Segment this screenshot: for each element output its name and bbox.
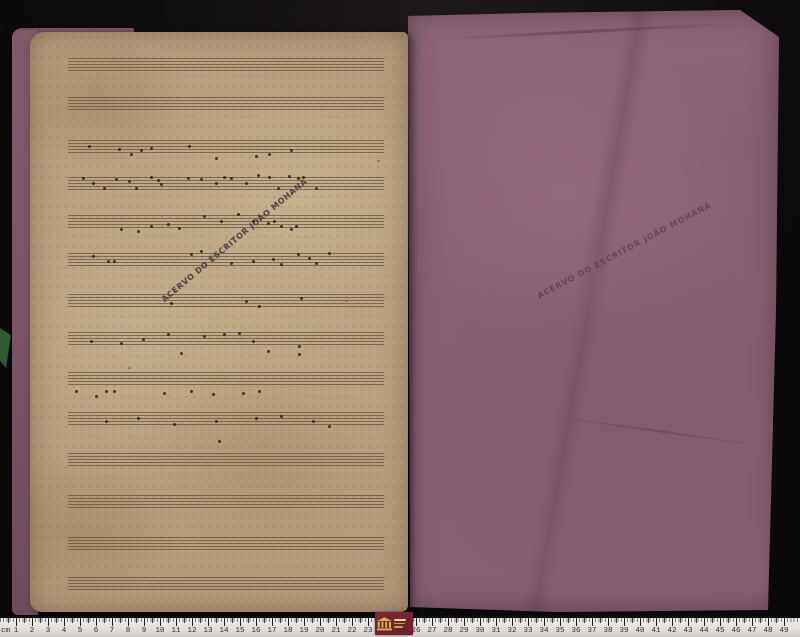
ruler-cm-tick — [128, 618, 129, 626]
ruler-cm-tick — [208, 618, 209, 626]
ruler-cm-tick — [704, 618, 705, 626]
ruler-number: 33 — [520, 627, 536, 635]
logo-text-lines — [394, 619, 411, 628]
ruler-cm-tick — [768, 618, 769, 626]
ruler-number: 11 — [168, 627, 184, 635]
ruler-cm-tick — [160, 618, 161, 626]
ruler-half-tick — [232, 618, 233, 623]
ruler-number: 39 — [616, 627, 632, 635]
ruler-number: 37 — [584, 627, 600, 635]
ruler-half-tick — [712, 618, 713, 623]
ruler-number: 41 — [648, 627, 664, 635]
ruler-half-tick — [680, 618, 681, 623]
ruler-number: 22 — [344, 627, 360, 635]
ruler-number: 18 — [280, 627, 296, 635]
ruler-cm-tick — [320, 618, 321, 626]
music-manuscript-page — [30, 32, 408, 612]
ruler-number: 34 — [536, 627, 552, 635]
ruler-number: 13 — [200, 627, 216, 635]
ruler-half-tick — [104, 618, 105, 623]
ruler-half-tick — [56, 618, 57, 623]
ruler-cm-tick — [736, 618, 737, 626]
ruler-cm-tick — [448, 618, 449, 626]
ruler-cm-tick — [240, 618, 241, 626]
ruler-cm-tick — [64, 618, 65, 626]
ruler-number: 6 — [88, 627, 104, 635]
cover-crease — [437, 22, 737, 41]
ruler-number: 49 — [776, 627, 792, 635]
ruler-cm-tick — [416, 618, 417, 626]
ruler-half-tick — [120, 618, 121, 623]
ruler-half-tick — [184, 618, 185, 623]
ruler-number: 31 — [488, 627, 504, 635]
ruler-cm-tick — [80, 618, 81, 626]
ruler-half-tick — [536, 618, 537, 623]
ruler-cm-tick — [560, 618, 561, 626]
ruler-half-tick — [88, 618, 89, 623]
ruler-number: 40 — [632, 627, 648, 635]
ruler-half-tick — [24, 618, 25, 623]
ruler-half-tick — [424, 618, 425, 623]
ruler-cm-tick — [256, 618, 257, 626]
ruler-half-tick — [8, 618, 9, 623]
ruler-half-tick — [552, 618, 553, 623]
ruler-half-tick — [504, 618, 505, 623]
ruler-number: 30 — [472, 627, 488, 635]
ruler-half-tick — [152, 618, 153, 623]
ruler-cm-tick — [96, 618, 97, 626]
ruler-number: 44 — [696, 627, 712, 635]
ruler-half-tick — [664, 618, 665, 623]
ruler-number: 36 — [568, 627, 584, 635]
ruler-cm-tick — [720, 618, 721, 626]
ruler-half-tick — [488, 618, 489, 623]
ruler-half-tick — [168, 618, 169, 623]
ruler-half-tick — [200, 618, 201, 623]
ruler-half-tick — [216, 618, 217, 623]
ruler-number: 46 — [728, 627, 744, 635]
ruler-half-tick — [600, 618, 601, 623]
digitized-document-photo: ACERVO DO ESCRITOR JOÃO MOHANA ACERVO DO… — [0, 0, 800, 637]
ruler-number: 43 — [680, 627, 696, 635]
ruler-half-tick — [456, 618, 457, 623]
ruler-cm-tick — [336, 618, 337, 626]
ruler-cm-tick — [464, 618, 465, 626]
ruler-half-tick — [248, 618, 249, 623]
ruler-number: 38 — [600, 627, 616, 635]
ruler-cm-tick — [544, 618, 545, 626]
ruler-half-tick — [744, 618, 745, 623]
ruler-cm-tick — [432, 618, 433, 626]
ruler-half-tick — [344, 618, 345, 623]
ruler-cm-tick — [640, 618, 641, 626]
ruler-cm-tick — [304, 618, 305, 626]
ruler-cm-tick — [16, 618, 17, 626]
ruler-cm-tick — [288, 618, 289, 626]
ruler-cm-tick — [352, 618, 353, 626]
ruler-number: 28 — [440, 627, 456, 635]
ruler-cm-tick — [576, 618, 577, 626]
green-cloth-sliver — [0, 328, 11, 368]
ruler-number: 17 — [264, 627, 280, 635]
ruler-number: 10 — [152, 627, 168, 635]
ruler-half-tick — [328, 618, 329, 623]
ruler-half-tick — [632, 618, 633, 623]
ruler-cm-tick — [608, 618, 609, 626]
ruler-number: 4 — [56, 627, 72, 635]
ruler-number: 45 — [712, 627, 728, 635]
ruler-number: 35 — [552, 627, 568, 635]
ruler-half-tick — [264, 618, 265, 623]
cover-crease — [558, 416, 756, 446]
ruler-cm-tick — [624, 618, 625, 626]
ruler-cm-tick — [192, 618, 193, 626]
ruler-half-tick — [136, 618, 137, 623]
ruler-cm-tick — [480, 618, 481, 626]
ruler-half-tick — [72, 618, 73, 623]
ruler-number: 27 — [424, 627, 440, 635]
ruler-half-tick — [520, 618, 521, 623]
ruler-number: 2 — [24, 627, 40, 635]
ruler-cm-tick — [112, 618, 113, 626]
ruler-cm-tick — [272, 618, 273, 626]
archive-building-logo — [375, 612, 413, 635]
ruler-half-tick — [584, 618, 585, 623]
ruler-number: 23 — [360, 627, 376, 635]
ruler-number: 7 — [104, 627, 120, 635]
ruler-number: 16 — [248, 627, 264, 635]
ruler-cm-tick — [672, 618, 673, 626]
ruler-half-tick — [648, 618, 649, 623]
ruler-cm-tick — [688, 618, 689, 626]
ruler-number: 15 — [232, 627, 248, 635]
ruler-number: 48 — [760, 627, 776, 635]
ruler-half-tick — [472, 618, 473, 623]
ruler-half-tick — [696, 618, 697, 623]
ruler-number: 42 — [664, 627, 680, 635]
ruler-cm-tick — [784, 618, 785, 626]
ruler-half-tick — [360, 618, 361, 623]
ruler-cm-tick — [176, 618, 177, 626]
ruler-cm-tick — [528, 618, 529, 626]
ruler-number: 3 — [40, 627, 56, 635]
ruler-number: 8 — [120, 627, 136, 635]
ruler-half-tick — [40, 618, 41, 623]
building-icon — [377, 617, 392, 631]
ruler-half-tick — [440, 618, 441, 623]
ruler-number: 29 — [456, 627, 472, 635]
ruler-half-tick — [280, 618, 281, 623]
ruler-half-tick — [568, 618, 569, 623]
ruler-number: 14 — [216, 627, 232, 635]
ruler-number: 19 — [296, 627, 312, 635]
ruler-cm-tick — [48, 618, 49, 626]
ruler-cm-tick — [496, 618, 497, 626]
ruler-number: 47 — [744, 627, 760, 635]
ruler-number: 5 — [72, 627, 88, 635]
ruler-cm-tick — [368, 618, 369, 626]
ruler-number: 12 — [184, 627, 200, 635]
ruler-cm-tick — [32, 618, 33, 626]
ruler-half-tick — [616, 618, 617, 623]
ruler-half-tick — [760, 618, 761, 623]
ruler-half-tick — [728, 618, 729, 623]
ruler-number: 9 — [136, 627, 152, 635]
ruler-number: 21 — [328, 627, 344, 635]
ruler-cm-tick — [224, 618, 225, 626]
archive-stamp-cover: ACERVO DO ESCRITOR JOÃO MOHANA — [536, 201, 713, 301]
ruler-cm-tick — [752, 618, 753, 626]
ruler-cm-tick — [656, 618, 657, 626]
ruler-cm-tick — [512, 618, 513, 626]
ruler-half-tick — [296, 618, 297, 623]
ruler-number: 32 — [504, 627, 520, 635]
ruler-half-tick — [776, 618, 777, 623]
ruler-cm-tick — [144, 618, 145, 626]
purple-cover-page: ACERVO DO ESCRITOR JOÃO MOHANA — [407, 10, 779, 612]
ruler-number: 20 — [312, 627, 328, 635]
ruler-cm-tick — [592, 618, 593, 626]
ruler-half-tick — [312, 618, 313, 623]
ruler-number: 1 — [8, 627, 24, 635]
